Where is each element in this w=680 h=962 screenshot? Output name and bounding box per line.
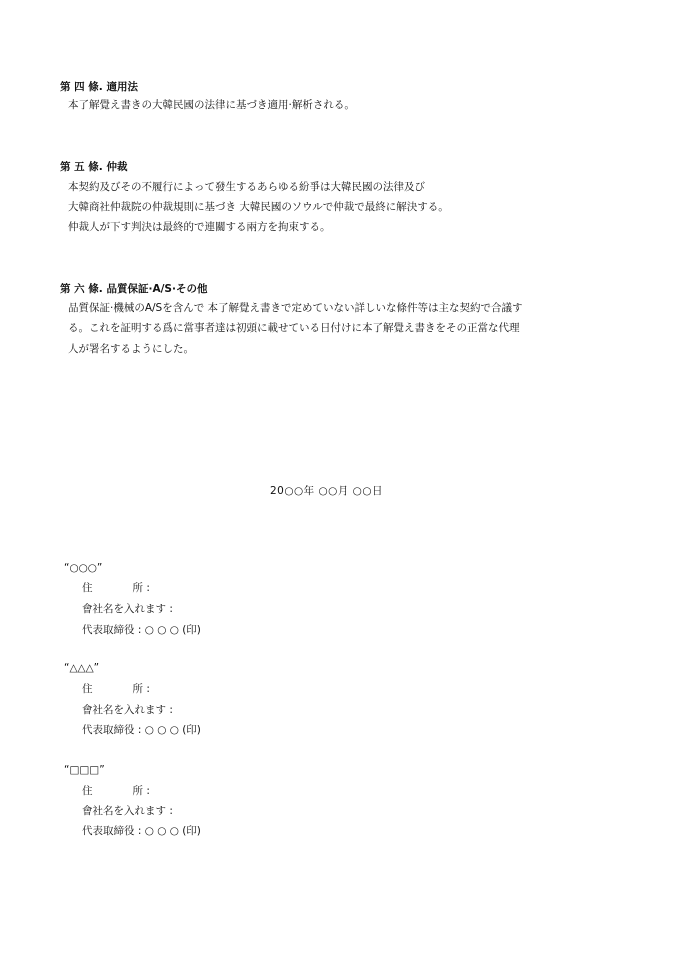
article-6-line-2: る。これを証明する爲に當事者達は初頭に載せている日付けに本了解覺え書きをその正當… [68, 321, 520, 335]
article-5-line-2: 大韓商社仲裁院の仲裁規則に基づき 大韓民國のソウルで仲裁で最終に解決する。 [68, 200, 449, 214]
address-label-end: 所 : [133, 683, 150, 695]
article-6-line-3: 人が署名するようにした。 [68, 342, 194, 356]
address-label-start: 住 [82, 683, 93, 695]
article-4-line-1: 本了解覺え書きの大韓民國の法律に基づき適用·解析される。 [68, 98, 355, 112]
address-label-start: 住 [82, 582, 93, 594]
address-label-end: 所 : [133, 785, 150, 797]
article-5-line-1: 本契約及びその不履行によって發生するあらゆる紛爭は大韓民國の法律及び [68, 180, 425, 194]
party-2-name: “△△△” [64, 661, 99, 675]
article-5-heading: 第 五 條. 仲裁 [60, 160, 127, 174]
address-label-start: 住 [82, 785, 93, 797]
article-6-line-1: 品質保証·機械のA/Sを含んで 本了解覺え書きで定めていない詳しいな條件等は主な… [68, 301, 523, 315]
party-3-name: “□□□” [64, 763, 105, 777]
party-2-representative: 代表取締役 : ○ ○ ○ (印) [82, 723, 201, 737]
article-4-heading: 第 四 條. 適用法 [60, 80, 138, 94]
address-label-end: 所 : [133, 582, 150, 594]
signing-date: 20○○年 ○○月 ○○日 [270, 484, 383, 498]
party-2-company: 會社名を入れます : [82, 703, 173, 717]
party-3-company: 會社名を入れます : [82, 804, 173, 818]
party-1-address: 住所 : [82, 581, 150, 595]
party-1-name: “○○○” [64, 561, 102, 575]
party-3-representative: 代表取締役 : ○ ○ ○ (印) [82, 824, 201, 838]
party-2-address: 住所 : [82, 682, 150, 696]
party-3-address: 住所 : [82, 784, 150, 798]
article-6-heading: 第 六 條. 品質保証·A/S·その他 [60, 282, 207, 296]
party-1-company: 會社名を入れます : [82, 602, 173, 616]
party-1-representative: 代表取締役 : ○ ○ ○ (印) [82, 623, 201, 637]
article-5-line-3: 仲裁人が下す判決は最終的で連關する兩方を拘束する。 [68, 220, 331, 234]
